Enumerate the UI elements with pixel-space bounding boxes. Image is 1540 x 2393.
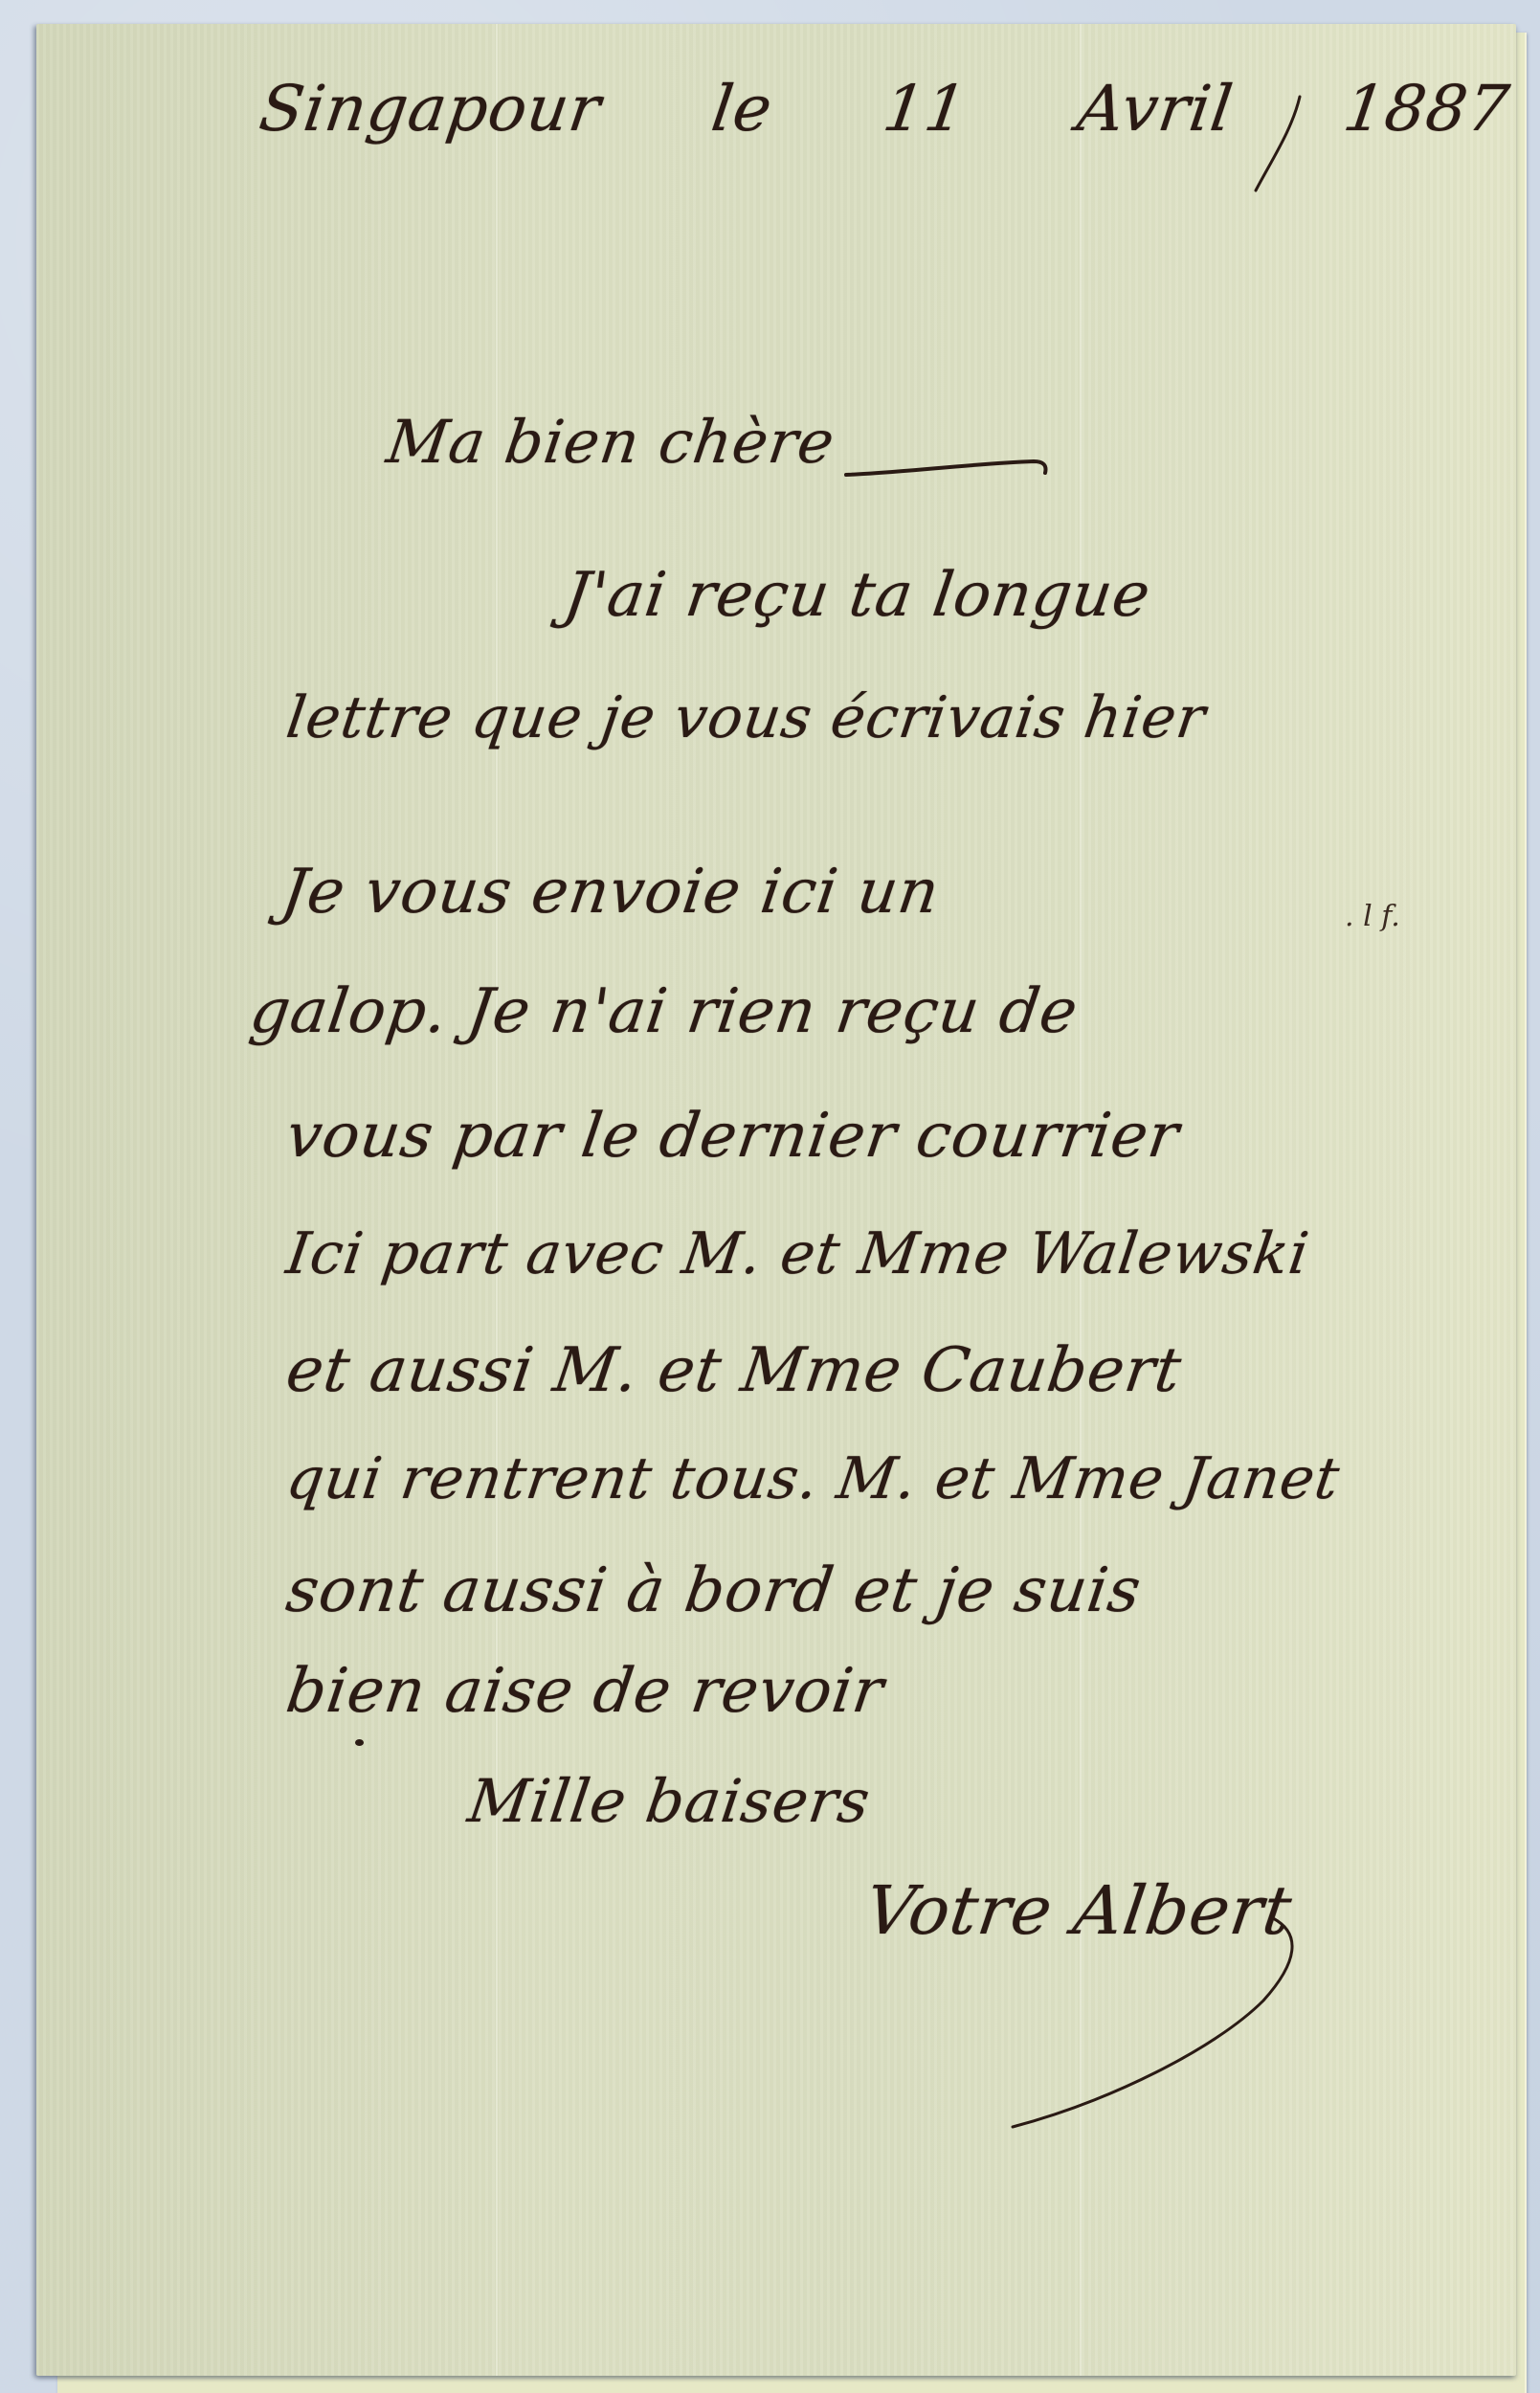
body-line-9: sont aussi à bord et je suis <box>282 1555 1146 1626</box>
dateline-year: 1887 <box>1339 72 1514 145</box>
paper-fold <box>496 24 498 2376</box>
dateline-article: le <box>707 72 777 145</box>
body-line-10: bien aise de revoir <box>282 1656 888 1727</box>
signature: Votre Albert <box>860 1871 1297 1950</box>
paper-fold <box>1080 24 1082 2376</box>
dateline: Singapour le 11 Avril 1887 <box>256 72 1540 145</box>
body-line-8: qui rentrent tous. M. et Mme Janet <box>282 1445 1344 1512</box>
margin-mark: . l f. <box>1345 900 1400 933</box>
body-line-4: galop. Je n'ai rien reçu de <box>246 976 1082 1047</box>
closing: Mille baisers <box>464 1766 875 1836</box>
body-line-3: Je vous envoie ici un <box>278 857 944 928</box>
body-line-2: lettre que je vous écrivais hier <box>282 684 1210 751</box>
salutation: Ma bien chère <box>383 407 839 477</box>
body-line-6: Ici part avec M. et Mme Walewski <box>282 1220 1313 1287</box>
dateline-day: 11 <box>879 72 971 145</box>
body-line-7: et aussi M. et Mme Caubert <box>282 1335 1186 1406</box>
dateline-month: Avril <box>1073 72 1238 145</box>
letter-sheet <box>36 24 1516 2376</box>
ink-dot <box>355 1739 364 1746</box>
body-line-1: J'ai reçu ta longue <box>560 560 1155 631</box>
body-line-5: vous par le dernier courrier <box>282 1101 1184 1172</box>
dateline-place: Singapour <box>256 72 606 145</box>
